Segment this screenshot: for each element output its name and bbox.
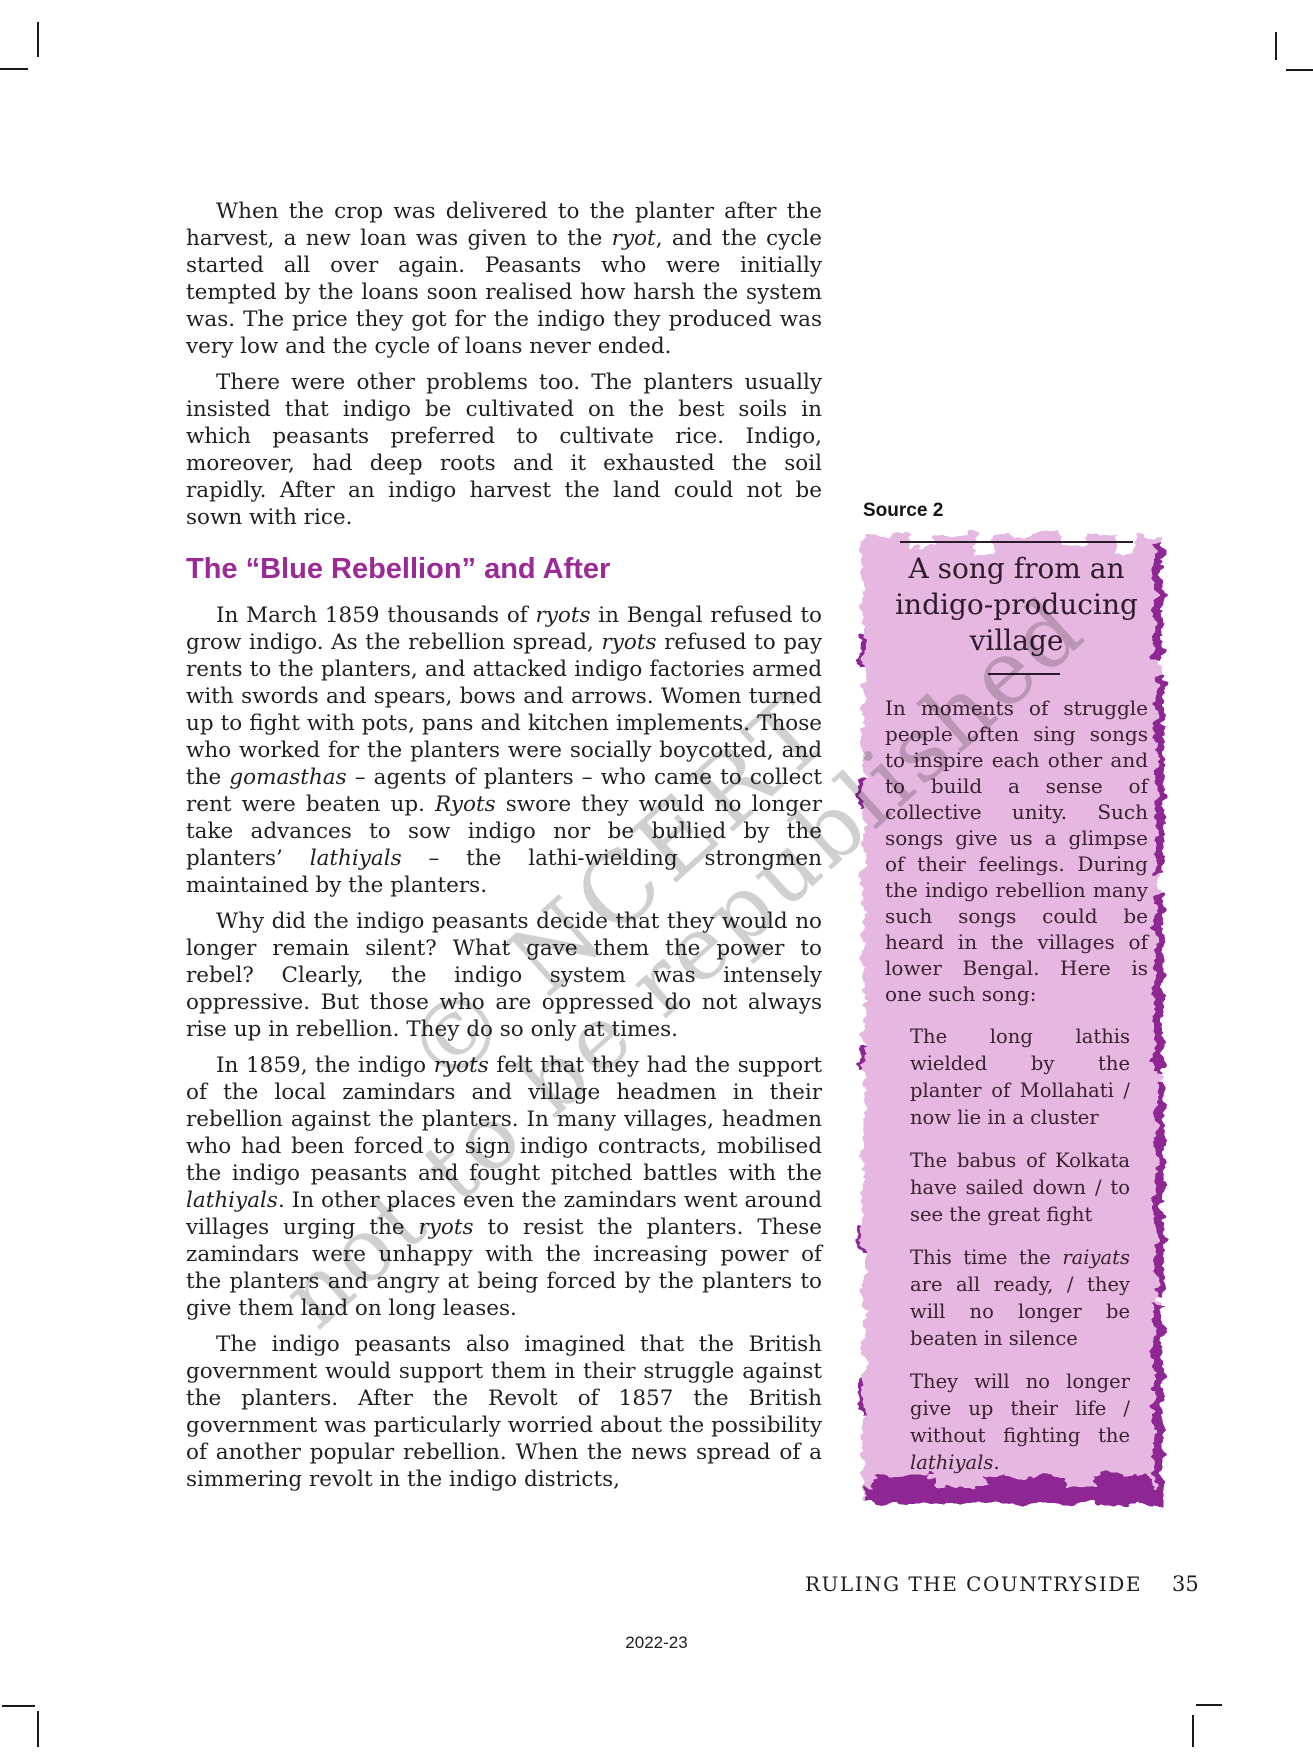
song-stanza: The long lathis wielded by the planter o… (910, 1023, 1130, 1131)
source-label: Source 2 (863, 500, 1173, 522)
body-paragraph: In March 1859 thousands of ryots in Beng… (186, 602, 822, 899)
source-box: Source 2 (855, 500, 1173, 1517)
title-rule-top (900, 541, 1133, 543)
body-paragraph: When the crop was delivered to the plant… (186, 198, 822, 360)
running-footer: RULING THE COUNTRYSIDE 35 (805, 1572, 1199, 1596)
song-stanza: This time the raiyats are all ready, / t… (910, 1244, 1130, 1352)
song-stanza: The babus of Kolkata have sailed down / … (910, 1147, 1130, 1228)
crop-mark-top-right-horizontal (1286, 69, 1313, 71)
body-paragraph: In 1859, the indigo ryots felt that they… (186, 1052, 822, 1322)
source-box-content: A song from an indigo-producing village … (855, 525, 1173, 1476)
crop-mark-bottom-left-horizontal (2, 1705, 35, 1707)
crop-mark-top-left-vertical (37, 22, 39, 57)
body-paragraph: Why did the indigo peasants decide that … (186, 908, 822, 1043)
crop-mark-top-right-vertical (1275, 32, 1277, 60)
crop-mark-top-left-horizontal (0, 68, 28, 70)
crop-mark-bottom-right-vertical (1192, 1715, 1194, 1747)
torn-paper-box: A song from an indigo-producing village … (855, 525, 1173, 1517)
crop-mark-bottom-left-vertical (37, 1711, 39, 1747)
chapter-title: RULING THE COUNTRYSIDE (805, 1572, 1142, 1596)
source-box-intro: In moments of struggle people often sing… (885, 695, 1148, 1007)
textbook-page: © NCERT not to be republished When the c… (0, 0, 1313, 1754)
section-heading: The “Blue Rebellion” and After (186, 553, 822, 585)
body-paragraph: The indigo peasants also imagined that t… (186, 1331, 822, 1493)
main-text-column: When the crop was delivered to the plant… (186, 198, 822, 1502)
source-box-title: A song from an indigo-producing village (885, 551, 1148, 659)
title-rule-bottom (988, 673, 1060, 675)
page-number: 35 (1172, 1572, 1199, 1596)
crop-mark-bottom-right-horizontal (1196, 1704, 1222, 1706)
body-paragraph: There were other problems too. The plant… (186, 369, 822, 531)
song-stanza: They will no longer give up their life /… (910, 1368, 1130, 1476)
edition-year: 2022-23 (0, 1633, 1313, 1653)
